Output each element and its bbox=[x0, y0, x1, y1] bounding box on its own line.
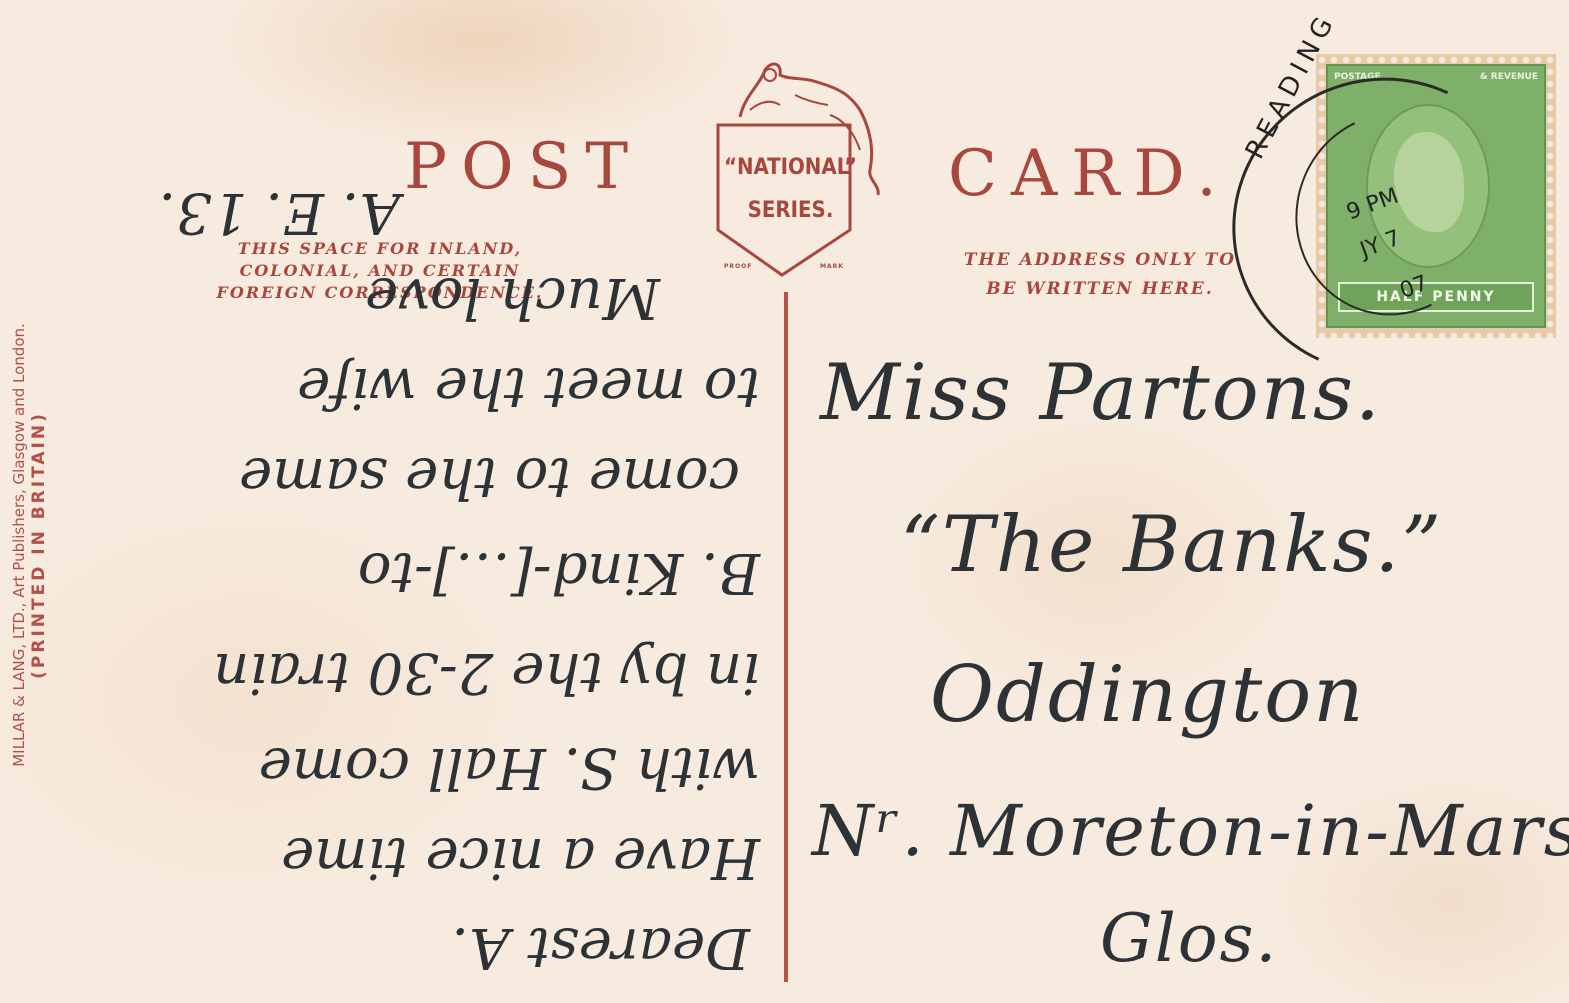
center-divider-line bbox=[784, 292, 788, 982]
message-line: Dearest A. bbox=[451, 915, 750, 980]
message-signature: A. E. 13. bbox=[158, 180, 400, 245]
message-line: in by the 2-30 train bbox=[213, 640, 760, 705]
message-line: come to the same bbox=[239, 445, 740, 510]
handwritten-message: Dearest A. Have a nice time with S. Hall… bbox=[20, 140, 780, 980]
address-recipient: Miss Partons. bbox=[820, 348, 1382, 438]
message-line: B. Kind-[…]-to bbox=[358, 540, 760, 605]
postcard-back: MILLAR & LANG, LTD., Art Publishers, Gla… bbox=[0, 0, 1569, 1003]
shield-mark-right: MARK bbox=[820, 263, 844, 270]
address-village: Oddington bbox=[930, 650, 1365, 740]
card-heading: CARD. bbox=[948, 142, 1231, 206]
address-notice: THE ADDRESS ONLY TO BE WRITTEN HERE. bbox=[920, 246, 1280, 304]
address-county: Glos. bbox=[1100, 900, 1278, 977]
stamp-revenue-label: & REVENUE bbox=[1480, 72, 1538, 82]
message-line: with S. Hall come bbox=[259, 735, 760, 800]
address-house: “The Banks.” bbox=[900, 500, 1443, 590]
notice-line: THE ADDRESS ONLY TO bbox=[920, 246, 1280, 275]
message-line: Have a nice time bbox=[281, 825, 760, 890]
notice-line: BE WRITTEN HERE. bbox=[920, 275, 1280, 304]
message-line: Much love bbox=[365, 265, 660, 330]
address-town: Nʳ. Moreton-in-Marsh bbox=[812, 790, 1569, 872]
message-line: to meet the wife bbox=[297, 355, 760, 420]
